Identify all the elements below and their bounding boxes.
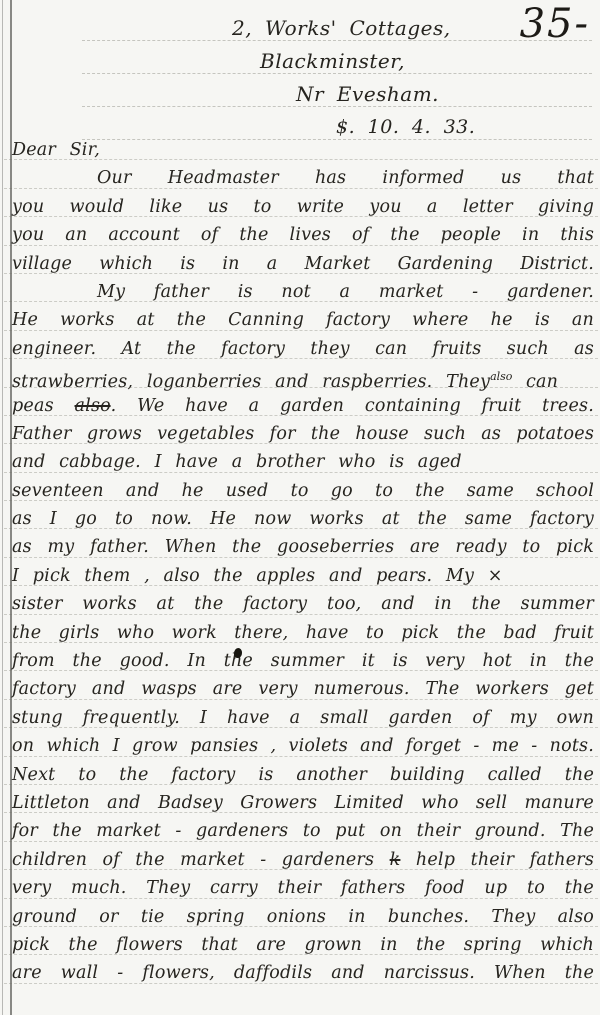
address-block: 2, Works' Cottages, Blackminster, Nr Eve… <box>232 12 592 144</box>
line-text: strawberries, loganberries and raspberri… <box>12 372 490 392</box>
line-text: village which is in a Market Gardening D… <box>12 254 594 274</box>
letter-line: you would like us to write you a letter … <box>12 193 594 221</box>
address-line-3: Nr Evesham. <box>232 78 592 111</box>
line-text: My father is not a market - gardener. <box>97 282 594 302</box>
letter-line: and cabbage. I have a brother who is age… <box>12 448 594 476</box>
address-line-1: 2, Works' Cottages, <box>232 12 592 45</box>
line-text: ground or tie spring onions in bunches. … <box>12 907 594 927</box>
line-text: very much. They carry their fathers food… <box>12 878 594 898</box>
line-text: for the market - gardeners to put on the… <box>12 821 594 841</box>
letter-line: on which I grow pansies , violets and fo… <box>12 732 594 760</box>
line-text: as my father. When the gooseberries are … <box>12 537 594 557</box>
letter-line: Littleton and Badsey Growers Limited who… <box>12 789 594 817</box>
letter-line: I pick them , also the apples and pears.… <box>12 562 594 590</box>
letter-page: 35- 2, Works' Cottages, Blackminster, Nr… <box>0 0 600 1015</box>
line-text: from the good. In the summer it is very … <box>12 651 594 671</box>
line-text: are wall - flowers, daffodils and narcis… <box>12 963 594 983</box>
letter-line: engineer. At the factory they can fruits… <box>12 335 594 363</box>
letter-line: very much. They carry their fathers food… <box>12 874 594 902</box>
scan-edge-line <box>2 0 3 1015</box>
line-text: He works at the Canning factory where he… <box>12 310 594 330</box>
line-text: Our Headmaster has informed us that <box>97 168 594 188</box>
line-text: Father grows vegetables for the house su… <box>12 424 594 444</box>
letter-line: from the good. In the summer it is very … <box>12 647 594 675</box>
line-text: . We have a garden containing fruit tree… <box>111 396 594 416</box>
letter-line: My father is not a market - gardener. <box>12 278 594 306</box>
letter-line: Father grows vegetables for the house su… <box>12 420 594 448</box>
line-text: seventeen and he used to go to the same … <box>12 481 594 501</box>
letter-line: village which is in a Market Gardening D… <box>12 250 594 278</box>
line-text: sister works at the factory too, and in … <box>12 594 594 614</box>
letter-line: sister works at the factory too, and in … <box>12 590 594 618</box>
letter-line: ground or tie spring onions in bunches. … <box>12 903 594 931</box>
letter-line: factory and wasps are very numerous. The… <box>12 675 594 703</box>
line-text: you an account of the lives of the peopl… <box>12 225 594 245</box>
letter-line: peas also. We have a garden containing f… <box>12 392 594 420</box>
letter-line: seventeen and he used to go to the same … <box>12 477 594 505</box>
letter-line: as I go to now. He now works at the same… <box>12 505 594 533</box>
line-text: pick the flowers that are grown in the s… <box>12 935 594 955</box>
line-text: you would like us to write you a letter … <box>12 197 594 217</box>
line-text: and cabbage. I have a brother who is age… <box>12 452 462 472</box>
letter-line: children of the market - gardeners k hel… <box>12 846 594 874</box>
line-text: on which I grow pansies , violets and fo… <box>12 736 594 756</box>
ink-blot <box>234 648 242 658</box>
letter-line: you an account of the lives of the peopl… <box>12 221 594 249</box>
letter-line: the girls who work there, have to pick t… <box>12 619 594 647</box>
struck-word: k <box>390 850 401 870</box>
line-text: factory and wasps are very numerous. The… <box>12 679 594 699</box>
line-text: help their fathers <box>400 850 594 870</box>
line-text: engineer. At the factory they can fruits… <box>12 339 594 359</box>
line-text: the girls who work there, have to pick t… <box>12 623 594 643</box>
letter-line: for the market - gardeners to put on the… <box>12 817 594 845</box>
line-text: Next to the factory is another building … <box>12 765 594 785</box>
line-text: peas <box>12 396 75 416</box>
letter-line: Next to the factory is another building … <box>12 761 594 789</box>
letter-line: as my father. When the gooseberries are … <box>12 533 594 561</box>
line-text: children of the market - gardeners <box>12 850 390 870</box>
line-text: Littleton and Badsey Growers Limited who… <box>12 793 594 813</box>
line-text: as I go to now. He now works at the same… <box>12 509 594 529</box>
letter-line: strawberries, loganberries and raspberri… <box>12 363 594 391</box>
letter-body: Dear Sir,Our Headmaster has informed us … <box>12 136 594 988</box>
line-text: I pick them , also the apples and pears.… <box>12 566 503 586</box>
letter-line: Our Headmaster has informed us that <box>12 164 594 192</box>
address-line-2: Blackminster, <box>232 45 592 78</box>
struck-word: also <box>75 396 111 416</box>
line-text: can <box>512 372 558 392</box>
letter-line: Dear Sir, <box>12 136 594 164</box>
line-text: Dear Sir, <box>12 140 100 160</box>
letter-line: He works at the Canning factory where he… <box>12 306 594 334</box>
line-text: stung frequently. I have a small garden … <box>12 708 594 728</box>
letter-line: stung frequently. I have a small garden … <box>12 704 594 732</box>
letter-line: are wall - flowers, daffodils and narcis… <box>12 959 594 987</box>
inserted-word: also <box>490 370 512 383</box>
letter-line: pick the flowers that are grown in the s… <box>12 931 594 959</box>
